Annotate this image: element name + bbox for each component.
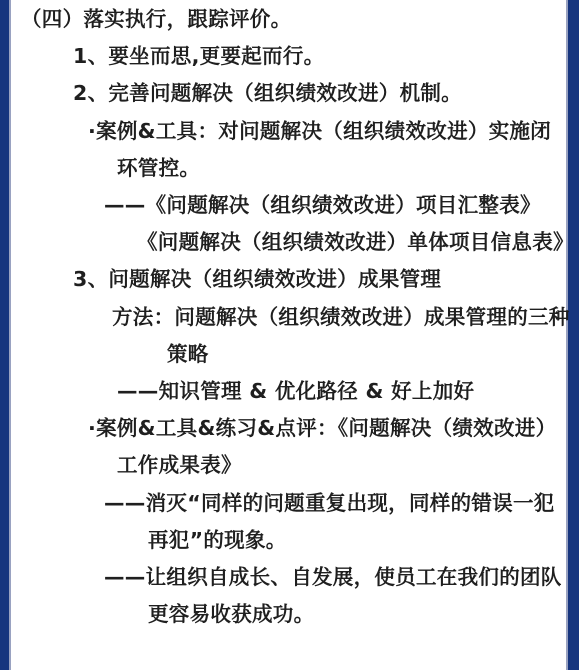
dash-org-self-growth: ——让组织自成长、自发展，使员工在我们的团队 (0, 559, 579, 596)
bullet-case-tool: ·案例&工具：对问题解决（组织绩效改进）实施闭 (0, 113, 579, 150)
bullet-case-tool-practice-continuation: 工作成果表》 (0, 447, 579, 484)
dash-knowledge-management: ——知识管理 & 优化路径 & 好上加好 (0, 373, 579, 410)
item-2: 2、完善问题解决（组织绩效改进）机制。 (0, 75, 579, 112)
method-line-continuation: 策略 (0, 336, 579, 373)
dash-org-self-growth-continuation: 更容易收获成功。 (0, 596, 579, 633)
dash-doc-project-summary: ——《问题解决（组织绩效改进）项目汇整表》 (0, 187, 579, 224)
item-1: 1、要坐而思,更要起而行。 (0, 38, 579, 75)
dash-eliminate-repeat-problems: ——消灭“同样的问题重复出现，同样的错误一犯 (0, 485, 579, 522)
slide: （四）落实执行，跟踪评价。 1、要坐而思,更要起而行。 2、完善问题解决（组织绩… (0, 0, 579, 670)
method-line: 方法：问题解决（组织绩效改进）成果管理的三种 (0, 299, 579, 336)
bullet-case-tool-continuation: 环管控。 (0, 150, 579, 187)
bullet-case-tool-practice: ·案例&工具&练习&点评：《问题解决（绩效改进） (0, 410, 579, 447)
item-3: 3、问题解决（组织绩效改进）成果管理 (0, 261, 579, 298)
dash-eliminate-continuation: 再犯”的现象。 (0, 522, 579, 559)
outline-content: （四）落实执行，跟踪评价。 1、要坐而思,更要起而行。 2、完善问题解决（组织绩… (0, 1, 579, 633)
section-heading: （四）落实执行，跟踪评价。 (0, 1, 579, 38)
doc-single-project-info: 《问题解决（组织绩效改进）单体项目信息表》 (0, 224, 579, 261)
